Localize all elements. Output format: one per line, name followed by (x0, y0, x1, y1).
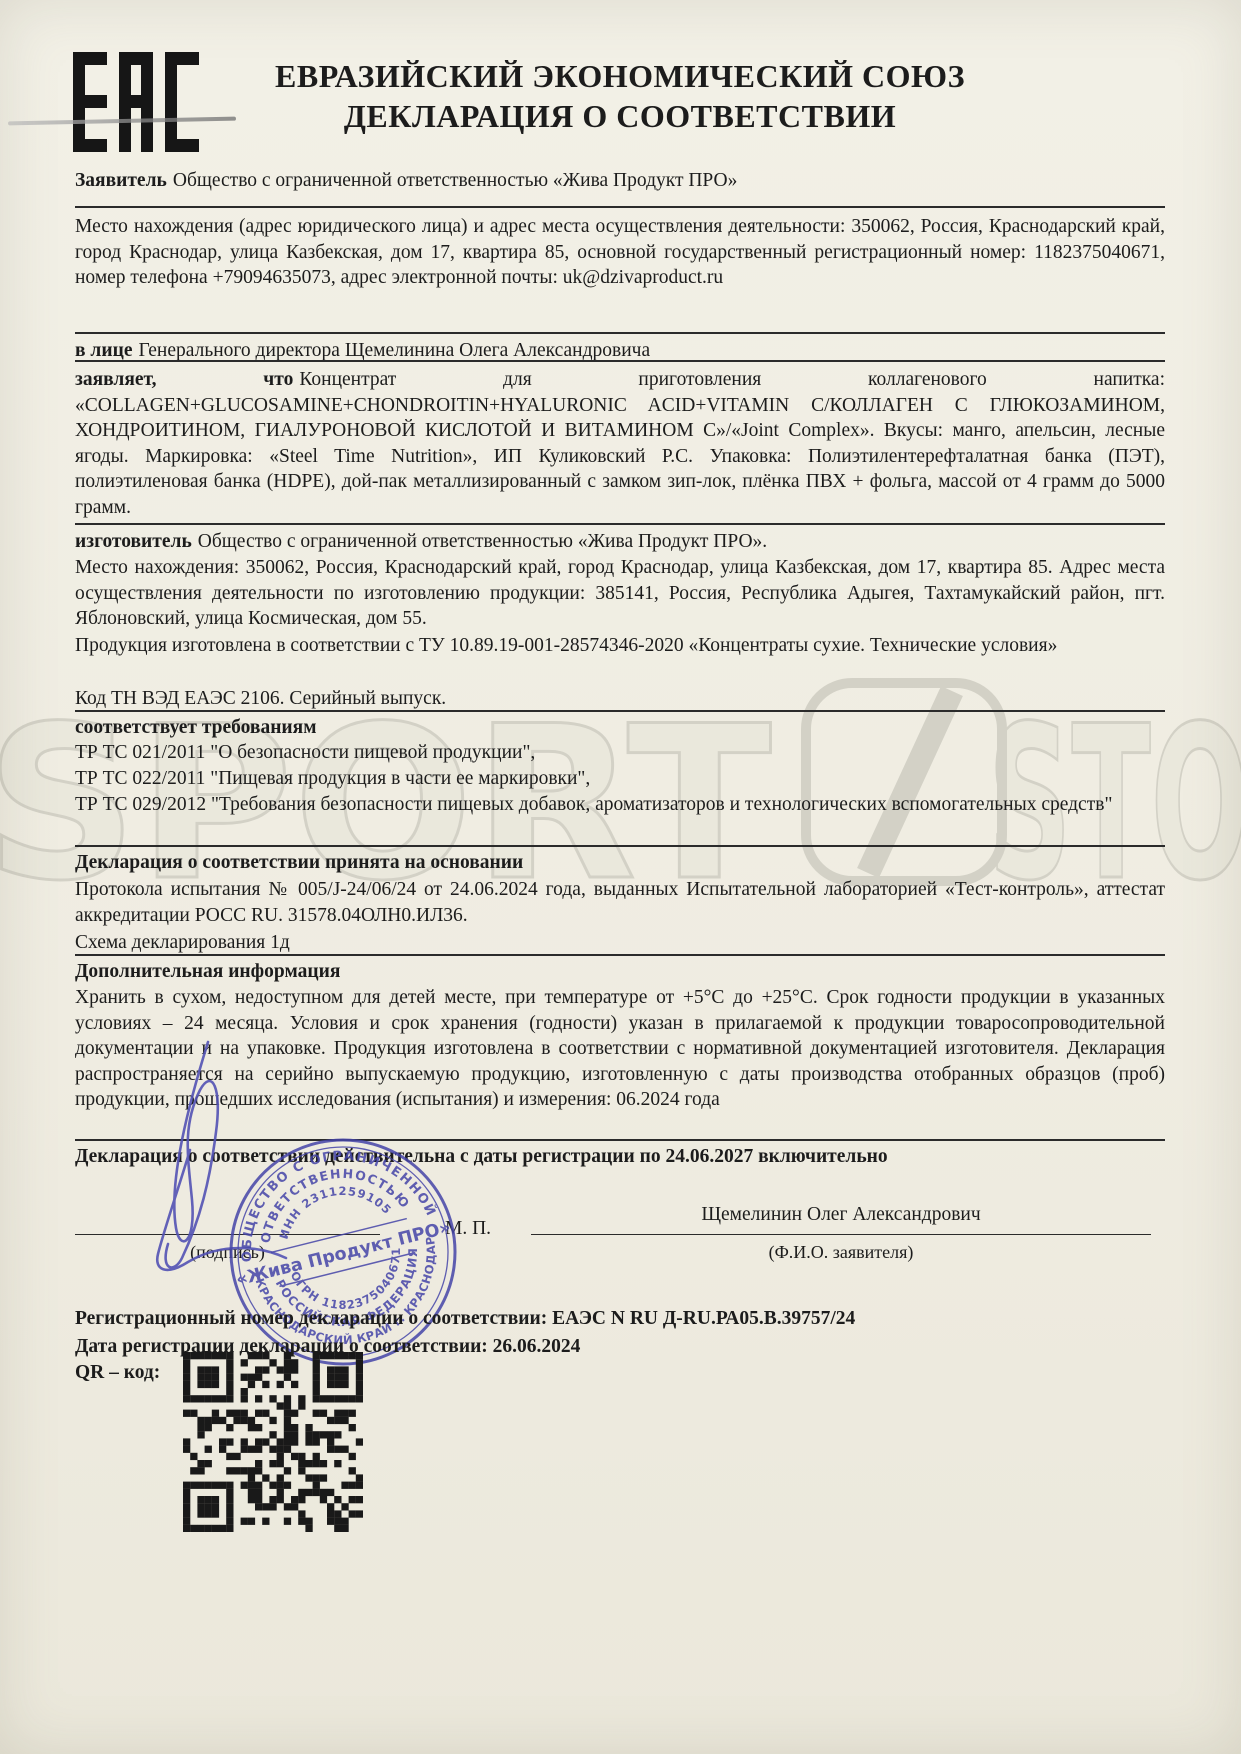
title-line-2: ДЕКЛАРАЦИЯ О СООТВЕТСТВИИ (220, 96, 1020, 136)
scheme-line: Схема декларирования 1д (75, 930, 1165, 956)
separator-line-7 (75, 954, 1165, 956)
signature-caption: (подпись) (75, 1240, 380, 1266)
applicant-label: Заявитель (75, 170, 167, 191)
complies-label: соответствует требованиям (75, 715, 1165, 741)
separator-line-1 (75, 206, 1165, 208)
fio-caption: (Ф.И.О. заявителя) (531, 1240, 1151, 1266)
separator-line-3 (75, 360, 1165, 362)
declares-text: Концентрат для приготовления коллагеново… (75, 369, 1165, 518)
signature-underline (75, 1234, 380, 1235)
additional-info-paragraph: Хранить в сухом, недоступном для детей м… (75, 985, 1165, 1113)
applicant-fio-name: Щемелинин Олег Александрович (531, 1202, 1151, 1228)
document-title: ЕВРАЗИЙСКИЙ ЭКОНОМИЧЕСКИЙ СОЮЗ ДЕКЛАРАЦИ… (220, 56, 1020, 136)
regulation-tr-029: ТР ТС 029/2012 "Требования безопасности … (75, 792, 1165, 818)
applicant-line: ЗаявительОбщество с ограниченной ответст… (75, 168, 1165, 194)
manufacturer-text: Общество с ограниченной ответственностью… (198, 531, 767, 552)
registration-number-line: Регистрационный номер декларации о соотв… (75, 1306, 1165, 1332)
declares-label: заявляет, что (75, 369, 293, 390)
separator-line-6 (75, 845, 1165, 847)
basis-paragraph: Протокола испытания № 005/J-24/06/24 от … (75, 877, 1165, 928)
separator-line-8 (75, 1139, 1165, 1141)
validity-line: Декларация о соответствии действительна … (75, 1144, 1165, 1170)
separator-line-2 (75, 332, 1165, 334)
tnved-code-line: Код ТН ВЭД ЕАЭС 2106. Серийный выпуск. (75, 686, 1165, 712)
applicant-address: Место нахождения (адрес юридического лиц… (75, 214, 1165, 291)
declares-paragraph: заявляет, чтоКонцентрат для приготовлени… (75, 367, 1165, 520)
applicant-text: Общество с ограниченной ответственностью… (173, 170, 738, 191)
person-text: Генерального директора Щемелинина Олега … (138, 340, 650, 361)
regulation-tr-021: ТР ТС 021/2011 "О безопасности пищевой п… (75, 740, 1165, 766)
additional-info-label: Дополнительная информация (75, 959, 1165, 985)
signature-block: Щемелинин Олег Александрович М. П. (подп… (75, 1190, 1165, 1320)
qr-code (183, 1352, 363, 1532)
person-label: в лице (75, 340, 132, 361)
title-line-1: ЕВРАЗИЙСКИЙ ЭКОНОМИЧЕСКИЙ СОЮЗ (220, 56, 1020, 96)
fio-underline (531, 1234, 1151, 1235)
declaration-document: { "header": { "eac_logo": "EAC", "title_… (0, 0, 1241, 1754)
tu-paragraph: Продукция изготовлена в соответствии с Т… (75, 633, 1165, 659)
regulation-tr-022: ТР ТС 022/2011 "Пищевая продукция в част… (75, 766, 1165, 792)
mp-label: М. П. (445, 1216, 491, 1242)
manufacturer-label: изготовитель (75, 531, 192, 552)
separator-line-4 (75, 523, 1165, 525)
eac-logo (73, 52, 203, 154)
basis-label: Декларация о соответствии принята на осн… (75, 850, 1165, 876)
manufacturer-line: изготовительОбщество с ограниченной отве… (75, 529, 1165, 555)
separator-line-5 (75, 710, 1165, 712)
manufacturer-address: Место нахождения: 350062, Россия, Красно… (75, 555, 1165, 632)
